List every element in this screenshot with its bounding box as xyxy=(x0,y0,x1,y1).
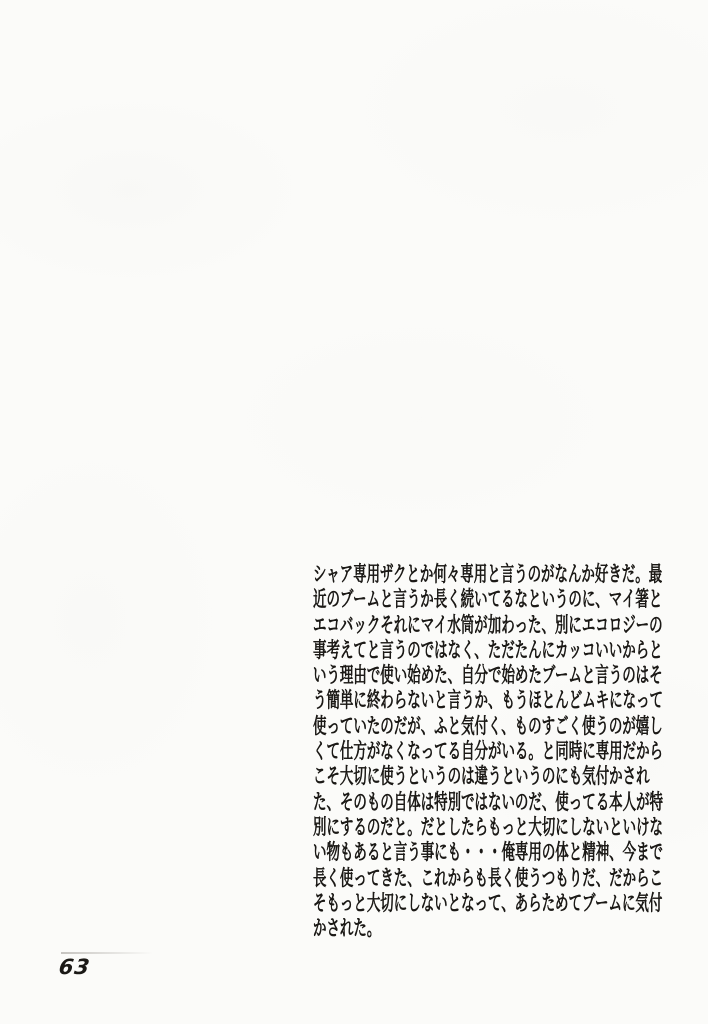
scanned-page: シャア専用ザクとか何々専用と言うのがなんか好きだ。最 近のブームと言うか長く続い… xyxy=(0,0,708,1024)
text-line: くて仕方がなくなってる自分がいる。と同時に専用だから xyxy=(313,739,663,764)
text-line: 別にするのだと。だとしたらもっと大切にしないといけな xyxy=(313,815,663,840)
text-line: シャア専用ザクとか何々専用と言うのがなんか好きだ。最 xyxy=(313,562,662,587)
text-line: 事考えてと言うのではなく、ただたんにカッコいいからと xyxy=(313,638,663,663)
footer-rule xyxy=(61,952,153,954)
article-text: シャア専用ザクとか何々専用と言うのがなんか好きだ。最 近のブームと言うか長く続い… xyxy=(313,562,663,941)
page-footer: 63 xyxy=(0,945,300,1005)
text-line: いう理由で使い始めた、自分で始めたブームと言うのはそ xyxy=(313,663,663,688)
text-line: そもっと大切にしないとなって、あらためてブームに気付 xyxy=(313,891,662,916)
text-line: 長く使ってきた、これからも長く使うつもりだ、だからこ xyxy=(313,866,663,891)
text-line: い物もあると言う事にも・・・俺専用の体と精神、今まで xyxy=(313,840,663,865)
text-line: 使っていたのだが、ふと気付く、ものすごく使うのが嬉し xyxy=(313,714,663,739)
text-line: 近のブームと言うか長く続いてるなというのに、マイ箸と xyxy=(313,587,662,612)
text-line: エコバックそれにマイ水筒が加わった、別にエコロジーの xyxy=(313,613,663,638)
text-line: う簡単に終わらないと言うか、もうほとんどムキになって xyxy=(313,688,663,713)
text-line: た、そのもの自体は特別ではないのだ、使ってる本人が特 xyxy=(313,790,663,815)
page-number: 63 xyxy=(57,955,92,979)
text-line: かされた。 xyxy=(313,916,380,941)
text-line: こそ大切に使うというのは違うというのにも気付かされ xyxy=(313,764,650,789)
